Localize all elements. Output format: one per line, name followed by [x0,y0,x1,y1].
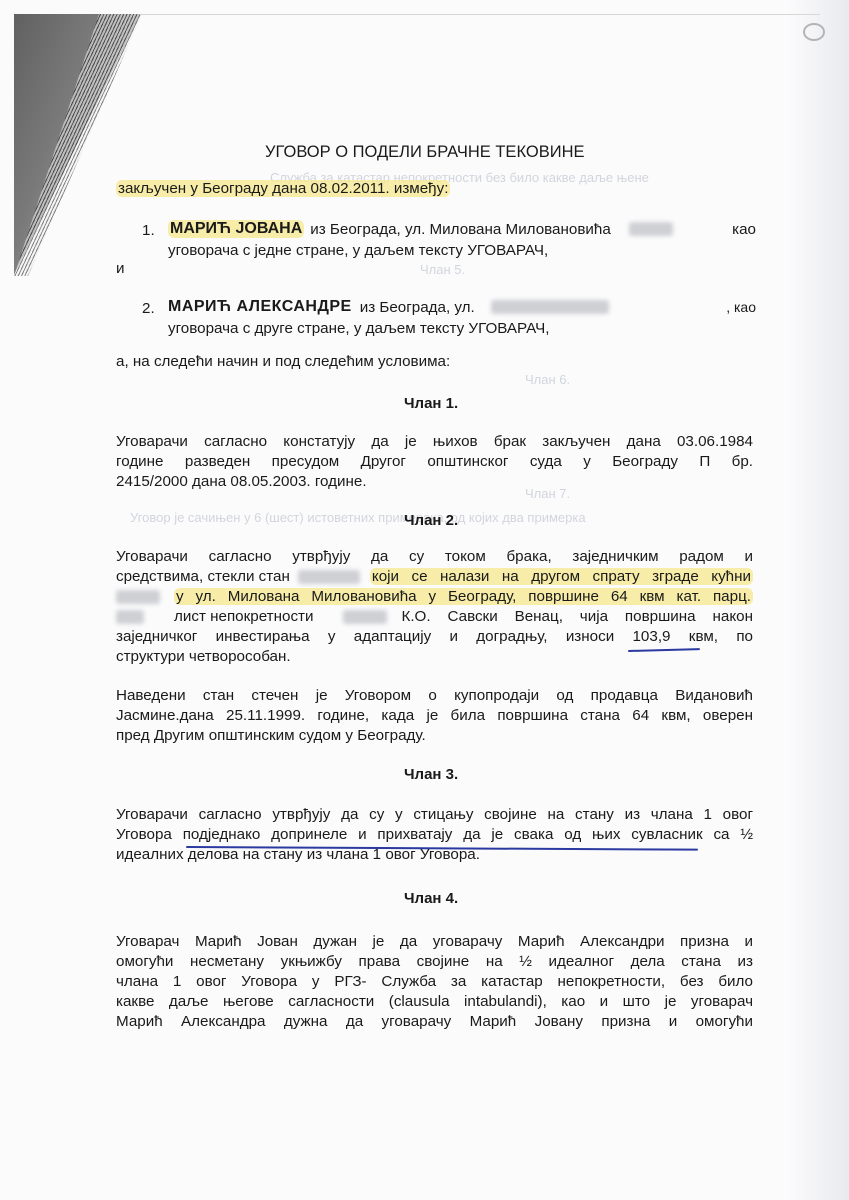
article-3-heading: Члан 3. [404,766,458,783]
article-1-line: године разведен пресудом Другог општинск… [116,453,753,470]
party-1-number: 1. [142,222,155,239]
conditions-line: а, на следећи начин и под следећим услов… [116,353,450,370]
article-4-line: Марић Александра дужна да уговарачу Мари… [116,1013,753,1030]
redacted-block [343,610,387,624]
article-2-extra-line: Јасмине.дана 25.11.1999. године, када је… [116,707,753,724]
article-2-line: лист непокретности К.О. Савски Венац, чи… [116,608,753,625]
redacted-block [298,570,360,584]
article-2-line: средствима, стекли стан који се налази н… [116,568,753,585]
party-2-number: 2. [142,300,155,317]
article-2-line: заједничког инвестирања у адаптацију и д… [116,628,753,645]
intro-line: закључен у Београду дана 08.02.2011. изм… [116,180,450,197]
party-1-line2: уговорача с једне стране, у даљем тексту… [168,242,548,259]
party-2-line1: МАРИЋ АЛЕКСАНДРЕ из Београда, ул. , као [168,298,756,316]
scan-top-edge [140,14,820,15]
article-4-line: какве даље његове сагласности (clausula … [116,993,753,1010]
article-3-line: Уговора подједнако допринеле и прихватај… [116,826,753,843]
party-2-address: из Београда, ул. [360,299,475,316]
article-4-line: омогући несметану укњижбу права својине … [116,953,753,970]
document-title: УГОВОР О ПОДЕЛИ БРАЧНЕ ТЕКОВИНЕ [265,143,585,162]
article-2-text: средствима, стекли стан [116,568,290,585]
party-1-name: МАРИЋ ЈОВАНА [168,220,304,238]
article-3-line: Уговарачи сагласно утврђују да су у стиц… [116,806,753,823]
pen-underline-mark [628,648,700,652]
conjunction: и [116,260,124,277]
article-2-extra-line: пред Другим општинским судом у Београду. [116,727,426,744]
party-1-address: из Београда, ул. Милована Миловановића [310,221,611,238]
article-2-text: лист непокретности [174,608,313,625]
highlighted-text: у ул. Милована Миловановића у Београду, … [174,588,753,605]
article-2-line: Уговарачи сагласно утврђују да су током … [116,548,753,565]
article-4-line: члана 1 овог Уговора у РГЗ- Служба за ка… [116,973,753,990]
article-3-line: идеалних делова на стану из члана 1 овог… [116,846,480,863]
redacted-block [116,590,160,604]
highlighted-text: закључен у Београду дана 08.02.2011. изм… [116,180,450,197]
bleed-through-text: Члан 7. [525,486,570,501]
scan-right-shadow [789,0,849,1200]
scanned-document-page: Члан 5. Члан 6. Члан 7. Служба за катаст… [0,0,849,1200]
party-2-name: МАРИЋ АЛЕКСАНДРЕ [168,298,352,316]
article-1-heading: Члан 1. [404,395,458,412]
article-1-line: Уговарачи сагласно констатују да је њихо… [116,433,753,450]
article-4-line: Уговарач Марић Јован дужан је да уговара… [116,933,753,950]
article-1-line: 2415/2000 дана 08.05.2003. године. [116,473,367,490]
redacted-block [116,610,144,624]
bleed-through-text: Уговор је сачињен у 6 (шест) истоветних … [130,510,586,525]
article-2-extra-line: Наведени стан стечен је Уговором о купоп… [116,687,753,704]
party-1-line-end: као [732,221,756,238]
article-2-line: у ул. Милована Миловановића у Београду, … [116,588,753,605]
article-2-text: К.О. Савски Венац, чија површина након [401,608,753,625]
party-1-line1: МАРИЋ ЈОВАНА из Београда, ул. Милована М… [168,220,756,238]
bleed-through-text: Члан 6. [525,372,570,387]
article-2-line: структури четворособан. [116,648,291,665]
article-2-heading: Члан 2. [404,512,458,529]
redacted-block [491,300,609,314]
party-2-line-end: , као [726,299,756,315]
highlighted-text: који се налази на другом спрату зграде к… [370,568,753,585]
party-2-line2: уговорача с друге стране, у даљем тексту… [168,320,549,337]
redacted-block [629,222,673,236]
article-4-heading: Члан 4. [404,890,458,907]
stamp-mark-icon [803,23,825,41]
bleed-through-text: Члан 5. [420,262,465,277]
